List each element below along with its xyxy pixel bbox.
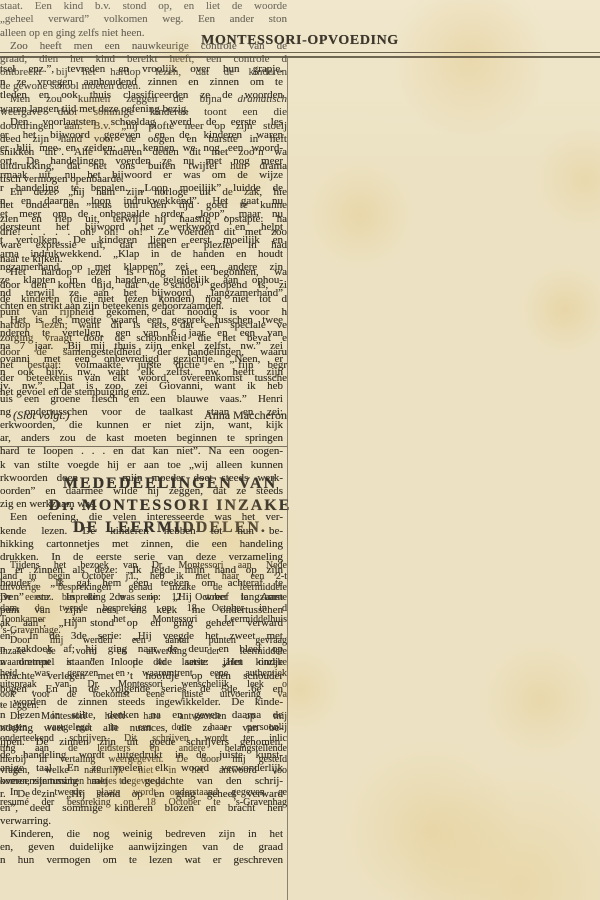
- header-double-rule: [0, 52, 600, 58]
- text-line: erkwoorden, die kunnen er niet zijn, wan…: [0, 419, 283, 432]
- text-line: arna indrukwekkend. „Klap in de handen e…: [0, 248, 283, 261]
- scanned-page: MONTESSORI-OPVOEDING tsel enz.”, tevrede…: [0, 0, 600, 900]
- text-line: overeenstemming met de gedachte van den …: [0, 775, 283, 788]
- text-line: er het bijwoord gegeven en de kinderen w…: [0, 129, 283, 142]
- text-line: r. De zin „Hij stond op en ging geheel v…: [0, 788, 283, 801]
- text-line: n zakdoek af; hij ging naar de deur en b…: [0, 643, 283, 656]
- text-line: er blij mee en zeiden: nu kennen we nog …: [0, 142, 283, 155]
- text-line: hard te loopen . . . en dat kan niet”. N…: [0, 445, 283, 458]
- text-line: en, geven duidelijke aanwijzingen van de…: [0, 841, 283, 854]
- text-line: et meer om de onbepaalde order „loop”, m…: [0, 208, 283, 221]
- text-line: k van stilte voegde hij er aan toe „wij …: [0, 459, 283, 472]
- text-line: ndeling weer met alle nuances, die ze er…: [0, 722, 283, 735]
- text-line: n hun vermogen om te lezen wat er geschr…: [0, 854, 283, 867]
- text-line: houder”, „Ik gaf hem een teeken om achte…: [0, 577, 283, 590]
- column-divider-rule: [287, 57, 288, 900]
- text-line: n lezen in stilte, denken na en geven da…: [0, 709, 283, 722]
- text-line: Het is de moeite waard een gesprek tussc…: [0, 314, 283, 327]
- text-line: ng ondertusschen voor de taalkast staan …: [0, 406, 283, 419]
- text-line: Den voorlaatsten schooldag werd de eerst…: [0, 116, 283, 129]
- text-line: tsel enz.”, tevreden en vroolijk over hu…: [0, 63, 283, 76]
- text-line: kende lezen. De kinderen hebben tot hun …: [0, 525, 283, 538]
- text-line: anige taal. En ze voelen elk woord verwo…: [0, 762, 283, 775]
- text-line: ar, anders zou de kast moeten beginnen t…: [0, 432, 283, 445]
- text-line: n drempel staan”. In de 4de serie: „Het …: [0, 656, 283, 669]
- text-line: en”. In de 3de serie: „Hij veegde het zw…: [0, 630, 283, 643]
- text-line: nd terwijl ze aan het bijwoord „langzame…: [0, 287, 283, 300]
- text-line: , worden de zinnen steeds ingewikkelder.…: [0, 696, 283, 709]
- left-text-column: tsel enz.”, tevreden en vroolijk over hu…: [0, 63, 283, 867]
- text-line: en”, deed sommige kinderen blozen en bra…: [0, 802, 283, 815]
- text-line: rkwoorden doen . . . mijn moeder doet st…: [0, 472, 283, 485]
- text-line: n, en daarna „loop indrukwekkend”. Het g…: [0, 195, 283, 208]
- text-line: ak aan”, „Hij stond op en ging geheel ve…: [0, 617, 283, 630]
- text-line: bogen”. En in de volgende series, de 5de…: [0, 683, 283, 696]
- text-line: punt van zijn neus en keek me ondertussc…: [0, 604, 283, 617]
- text-line: oorden” en daarmee wilde hij zeggen, dat…: [0, 485, 283, 498]
- text-line: ngzamerhand op met klappen” zei een ande…: [0, 261, 283, 274]
- text-line: waren langen tijd met deze oefening bezi…: [0, 103, 283, 116]
- text-line: ze klapten in de handen, geleidelijk aan…: [0, 274, 283, 287]
- text-line: jven” enz. In de 2de serie: „Hij wreef l…: [0, 591, 283, 604]
- text-line: rmaak uit, nu het bijwoord er was om de …: [0, 169, 283, 182]
- text-line: drukken. In de eerste serie van deze ver…: [0, 551, 283, 564]
- text-line: chten en strikt aan zijn beteekenis geho…: [0, 300, 283, 313]
- text-line: n er zinnen als deze: „Ik legde mijn han…: [0, 564, 283, 577]
- text-line: t vertolken. De kinderen liepen eerst mo…: [0, 234, 283, 247]
- text-line: hikking cartonnetjes met zinnen, die een…: [0, 538, 283, 551]
- text-line: r handeling te bepalen. „Loop moeilijk” …: [0, 182, 283, 195]
- text-line: verwarring.: [0, 815, 283, 828]
- text-line: staat. Een kind b.v. stond op, en liet d…: [0, 0, 287, 13]
- text-line: mlachte verlegen met ’t hoofdje op den s…: [0, 670, 283, 683]
- text-line: tleden en ook thuis classificeerden ze d…: [0, 89, 283, 102]
- text-line: dersteunt het bijwoord het werkwoord en …: [0, 221, 283, 234]
- text-line: zig en werkzaam was.: [0, 498, 283, 511]
- text-line: jv. nw.” „Dat is zoo, zei Giovanni, want…: [0, 380, 283, 393]
- text-line: uis een groene flesch en een blauwe vaas…: [0, 393, 283, 406]
- text-line: ijpen. De zinnen zijn uit goede schrijve…: [0, 736, 283, 749]
- section-divider-rule: [0, 446, 287, 447]
- text-line: nderen te vertellen, een van 6 jaar en e…: [0, 327, 283, 340]
- text-line: Kinderen, die nog weinig bedreven zijn i…: [0, 828, 283, 841]
- text-line: „geheel verward” volkomen weg. Een ander…: [0, 13, 287, 26]
- text-line: ort. De handelingen voerden ze nu met no…: [0, 155, 283, 168]
- text-line: n ze vroegen aanhoudend zinnen en zinnen…: [0, 76, 283, 89]
- text-line: Een oefening, die velen interesseerde wa…: [0, 511, 283, 524]
- journal-title: MONTESSORI-OPVOEDING: [0, 33, 600, 49]
- text-line: ovanni met een onbevredigd gezichtje. „N…: [0, 353, 283, 366]
- text-line: n ook bijv. nw., want elk zelfst. nw. he…: [0, 366, 283, 379]
- text-line: de handeling wordt uitgedrukt in de juis…: [0, 749, 283, 762]
- text-line: na 7 jaar. „Bij mij thuis zijn enkel zel…: [0, 340, 283, 353]
